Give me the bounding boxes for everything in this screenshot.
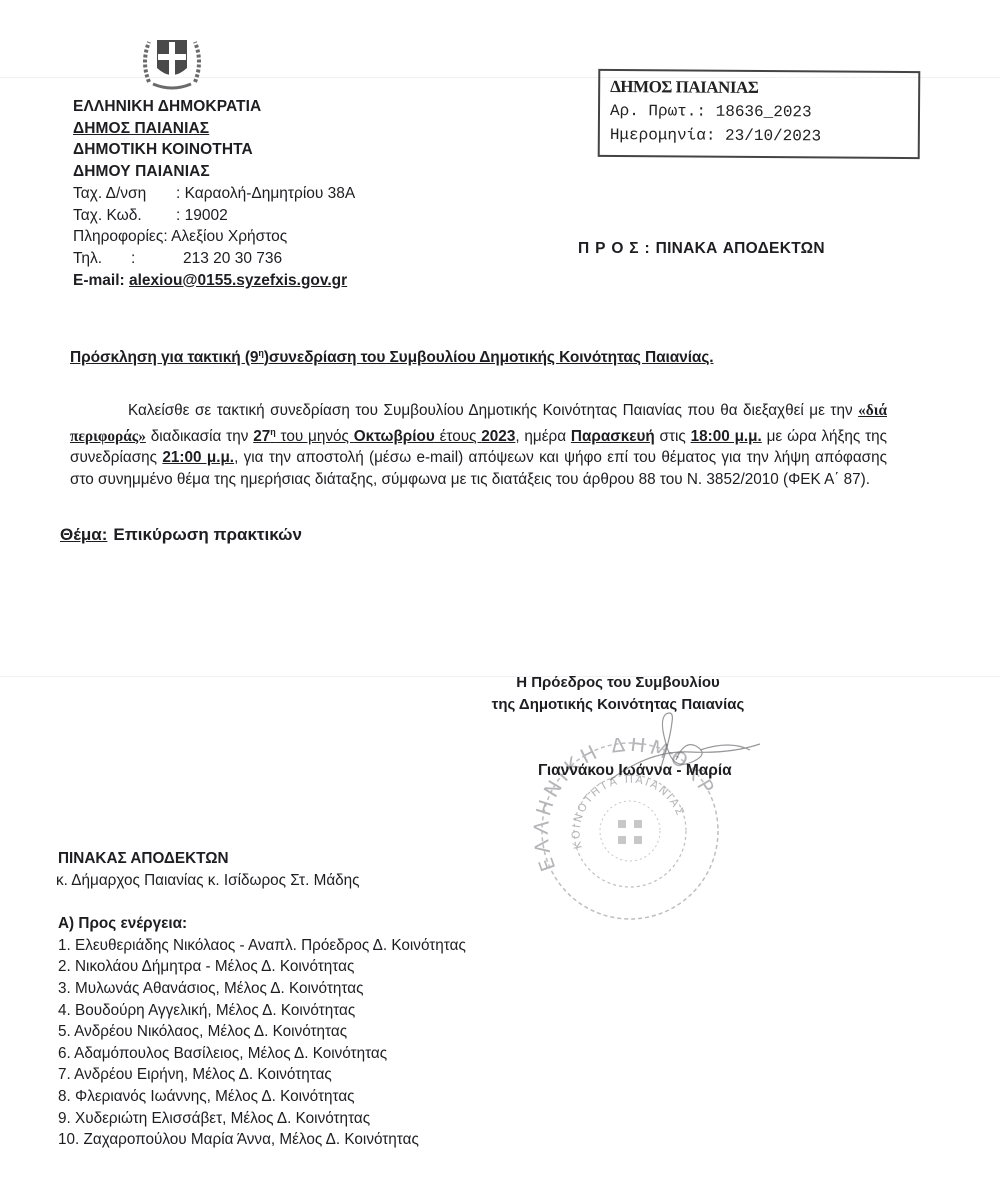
meeting-date: 27η	[253, 428, 276, 445]
subject-value: Επικύρωση πρακτικών	[113, 525, 302, 544]
email-row: E-mail: alexiou@0155.syzefxis.gov.gr	[73, 270, 355, 292]
recipients-table: ΠΙΝΑΚΑΣ ΑΠΟΔΕΚΤΩΝ κ. Δήμαρχος Παιανίας κ…	[58, 848, 466, 1151]
start-time: 18:00 μ.μ.	[691, 428, 762, 445]
list-item: 7. Ανδρέου Ειρήνη, Μέλος Δ. Κοινότητας	[58, 1064, 466, 1086]
protocol-date-row: Ημερομηνία: 23/10/2023	[610, 123, 908, 149]
header-country: ΕΛΛΗΝΙΚΗ ΔΗΜΟΚΡΑΤΙΑ	[73, 96, 355, 118]
address-value: : Καραολή-Δημητρίου 38Α	[176, 183, 355, 205]
invitation-paragraph: Καλείσθε σε τακτική συνεδρίαση του Συμβο…	[70, 400, 887, 490]
title-text-end: )συνεδρίαση του Συμβουλίου Δημοτικής Κοι…	[264, 349, 714, 366]
section-for-action: Α) Προς ενέργεια:	[58, 913, 466, 935]
stamp-title: ΔΗΜΟΣ ΠΑΙΑΝΙΑΣ	[610, 75, 908, 101]
address-label: Ταχ. Δ/νση	[73, 183, 176, 205]
list-item: 8. Φλεριανός Ιωάννης, Μέλος Δ. Κοινότητα…	[58, 1086, 466, 1108]
invitation-body: Καλείσθε σε τακτική συνεδρίαση του Συμβο…	[70, 400, 887, 490]
body-text: του μηνός	[276, 428, 354, 445]
list-item: 2. Νικολάου Δήμητρα - Μέλος Δ. Κοινότητα…	[58, 956, 466, 978]
body-text: έτους	[435, 428, 482, 445]
signatory-name: Γιαννάκου Ιωάννα - Μαρία	[538, 762, 732, 780]
phone-separator: :	[131, 248, 183, 270]
protocol-number: 18636_2023	[716, 103, 812, 122]
body-text: Καλείσθε σε τακτική συνεδρίαση του Συμβο…	[128, 402, 858, 419]
address-row: Ταχ. Δ/νση : Καραολή-Δημητρίου 38Α	[73, 183, 355, 205]
list-item: 6. Αδαμόπουλος Βασίλειος, Μέλος Δ. Κοινό…	[58, 1043, 466, 1065]
postcode-row: Ταχ. Κωδ. : 19002	[73, 205, 355, 227]
list-item: 10. Ζαχαροπούλου Μαρία Άννα, Μέλος Δ. Κο…	[58, 1129, 466, 1151]
list-item: 9. Χυδεριώτη Ελισσάβετ, Μέλος Δ. Κοινότη…	[58, 1108, 466, 1130]
subject-line: Θέμα:Επικύρωση πρακτικών	[60, 525, 302, 545]
signatory-role: Η Πρόεδρος του Συμβουλίου της Δημοτικής …	[470, 672, 766, 716]
meeting-weekday: Παρασκευή	[571, 428, 655, 445]
email-link[interactable]: alexiou@0155.syzefxis.gov.gr	[129, 270, 347, 292]
body-text: , ημέρα	[515, 428, 571, 445]
body-text: στις	[655, 428, 691, 445]
postcode-value: : 19002	[176, 205, 228, 227]
addressee: Π Ρ Ο Σ : ΠΙΝΑΚΑ ΑΠΟΔΕΚΤΩΝ	[578, 240, 825, 258]
meeting-year: 2023	[481, 428, 515, 445]
phone-row: Τηλ. : 213 20 30 736	[73, 248, 355, 270]
invitation-title: Πρόσκληση για τακτική (9η)συνεδρίαση του…	[70, 348, 714, 367]
subject-label: Θέμα:	[60, 525, 107, 544]
protocol-number-row: Αρ. Πρωτ.: 18636_2023	[610, 99, 908, 125]
sender-header: ΕΛΛΗΝΙΚΗ ΔΗΜΟΚΡΑΤΙΑ ΔΗΜΟΣ ΠΑΙΑΝΙΑΣ ΔΗΜΟΤ…	[73, 96, 355, 291]
header-municipality: ΔΗΜΟΣ ΠΑΙΑΝΙΑΣ	[73, 118, 355, 140]
list-item: 4. Βουδούρη Αγγελική, Μέλος Δ. Κοινότητα…	[58, 1000, 466, 1022]
protocol-stamp: ΔΗΜΟΣ ΠΑΙΑΝΙΑΣ Αρ. Πρωτ.: 18636_2023 Ημε…	[598, 69, 921, 159]
info-row: Πληροφορίες : Αλεξίου Χρήστος	[73, 226, 355, 248]
signatory-role-line1: Η Πρόεδρος του Συμβουλίου	[470, 672, 766, 694]
date-label: Ημερομηνία:	[610, 126, 716, 145]
info-value: : Αλεξίου Χρήστος	[163, 226, 287, 248]
info-label: Πληροφορίες	[73, 226, 163, 248]
recipients-heading: ΠΙΝΑΚΑΣ ΑΠΟΔΕΚΤΩΝ	[58, 848, 466, 870]
body-text: διαδικασία την	[146, 428, 253, 445]
recipient-list: 1. Ελευθεριάδης Νικόλαος - Αναπλ. Πρόεδρ…	[58, 935, 466, 1151]
header-community-of: ΔΗΜΟΥ ΠΑΙΑΝΙΑΣ	[73, 161, 355, 183]
greek-coat-of-arms-icon	[139, 32, 205, 90]
list-item: 3. Μυλωνάς Αθανάσιος, Μέλος Δ. Κοινότητα…	[58, 978, 466, 1000]
postcode-label: Ταχ. Κωδ.	[73, 205, 176, 227]
list-item: 5. Ανδρέου Νικόλαος, Μέλος Δ. Κοινότητας	[58, 1021, 466, 1043]
signatory-role-line2: της Δημοτικής Κοινότητας Παιανίας	[470, 694, 766, 716]
phone-value: 213 20 30 736	[183, 248, 282, 270]
protocol-label: Αρ. Πρωτ.:	[610, 102, 706, 121]
end-time: 21:00 μ.μ.	[162, 449, 234, 466]
meeting-day: 27	[253, 428, 270, 445]
phone-label: Τηλ.	[73, 248, 131, 270]
email-label: E-mail:	[73, 270, 125, 292]
recipient-mayor: κ. Δήμαρχος Παιανίας κ. Ισίδωρος Στ. Μάδ…	[56, 870, 466, 892]
protocol-date: 23/10/2023	[725, 127, 821, 146]
title-text-start: Πρόσκληση για τακτική (9	[70, 349, 258, 366]
list-item: 1. Ελευθεριάδης Νικόλαος - Αναπλ. Πρόεδρ…	[58, 935, 466, 957]
header-community: ΔΗΜΟΤΙΚΗ ΚΟΙΝΟΤΗΤΑ	[73, 139, 355, 161]
meeting-month: Οκτωβρίου	[354, 428, 435, 445]
